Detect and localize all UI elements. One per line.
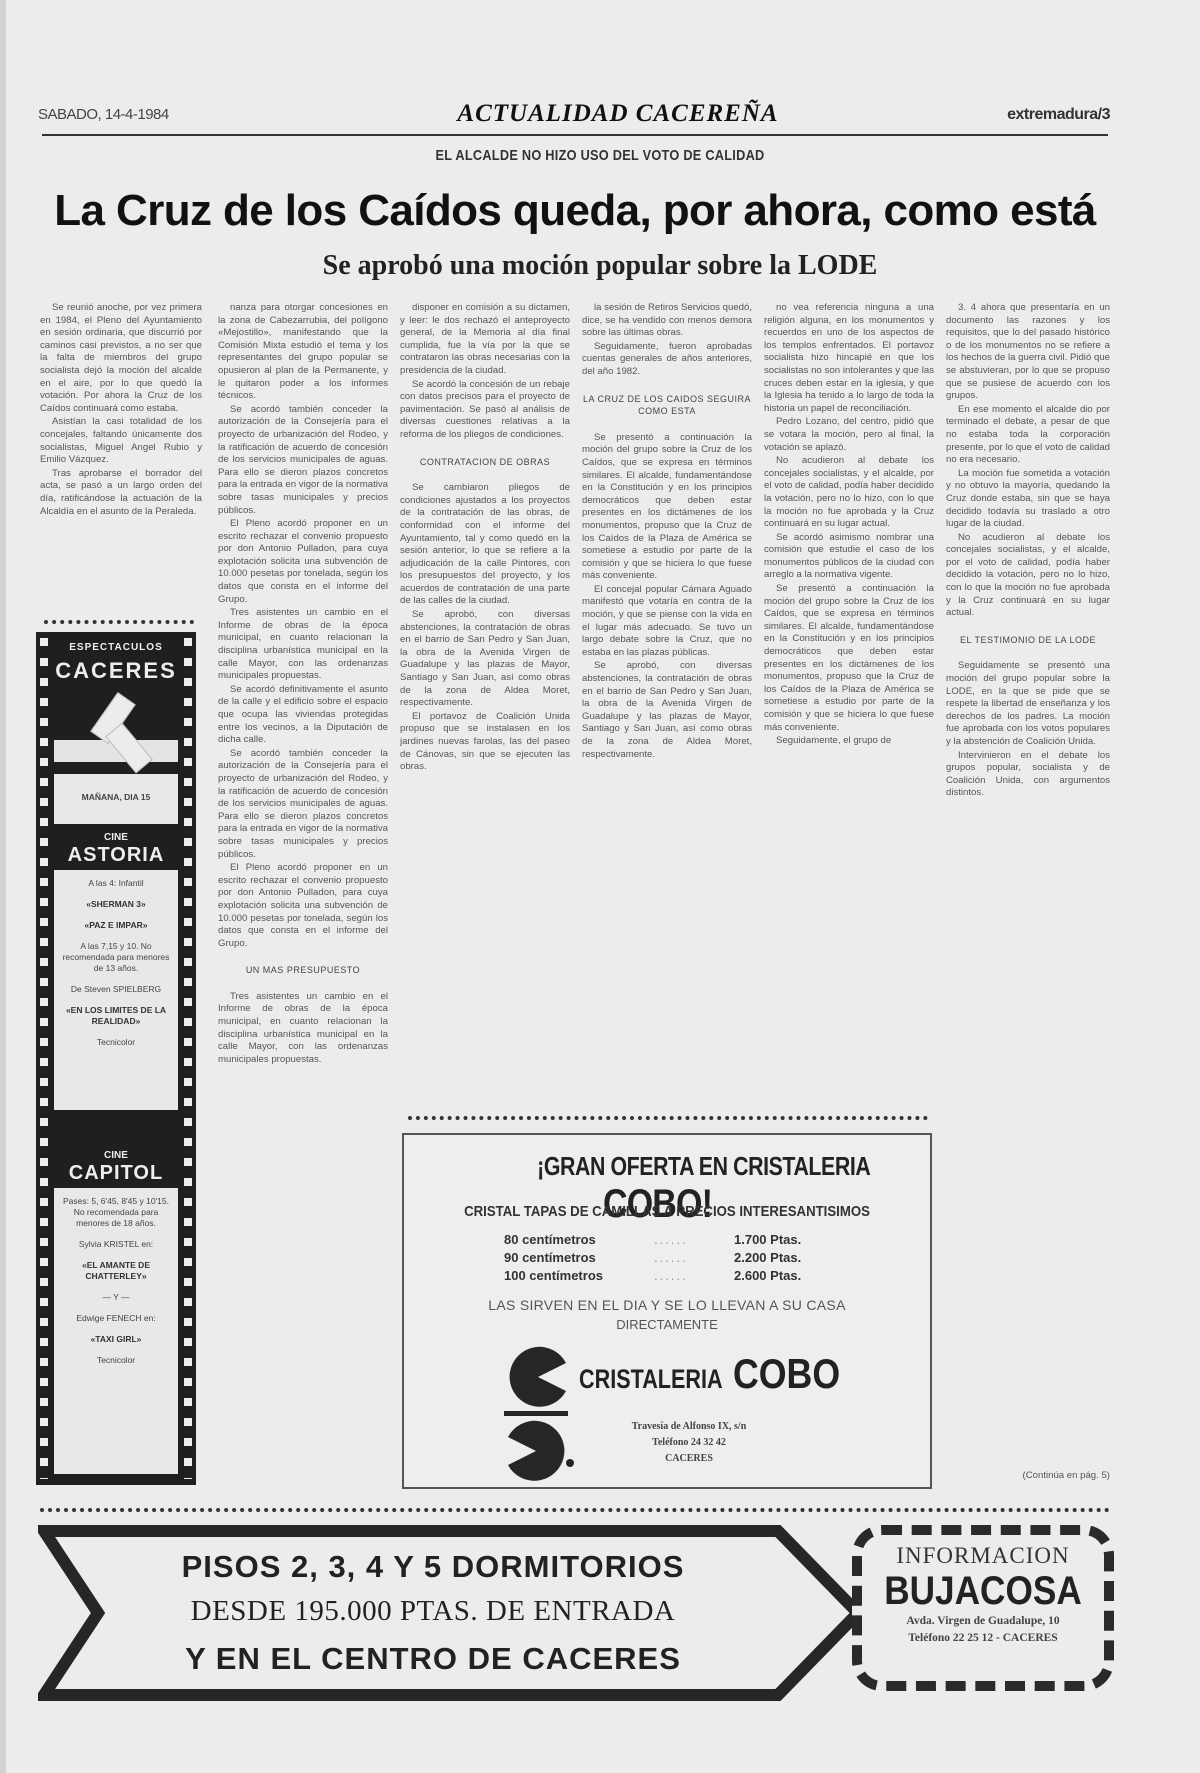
price-row: 100 centímetros......2.600 Ptas. — [504, 1268, 844, 1283]
article-column-2: nanza para otorgar concesiones en la zon… — [218, 302, 388, 1492]
cinema-listings-ad: ESPECTACULOS CACERES MAÑANA, DIA 15 CINE… — [36, 632, 196, 1485]
masthead-rule — [42, 134, 1108, 136]
cristaleria-cobo-ad: ¡GRAN OFERTA EN CRISTALERIA COBO! CRISTA… — [402, 1133, 932, 1489]
paragraph: Se acordó la concesión de un rebaje con … — [400, 379, 570, 442]
paragraph: disponer en comisión a su dictamen, y le… — [400, 302, 570, 378]
issue-date: SABADO, 14-4-1984 — [38, 106, 169, 123]
article-column-3: disponer en comisión a su dictamen, y le… — [400, 302, 570, 1102]
subhead-cruz: LA CRUZ DE LOS CAIDOS SEGUIRA COMO ESTA — [582, 393, 752, 418]
cobo-address-block: Travesía de Alfonso IX, s/n Teléfono 24 … — [574, 1419, 804, 1467]
paragraph: Se aprobó, con diversas abstenciones, la… — [582, 660, 752, 761]
paragraph: no vea referencia ninguna a una religión… — [764, 302, 934, 415]
cinema-name-astoria: ASTORIA — [54, 844, 178, 867]
listing-line: Tecnicolor — [59, 1037, 173, 1048]
cinema-ad-date: MAÑANA, DIA 15 — [54, 774, 178, 824]
article-headline: La Cruz de los Caídos queda, por ahora, … — [30, 186, 1120, 236]
cinema-ad-small-header: ESPECTACULOS — [54, 642, 178, 653]
cobo-service-line: LAS SIRVEN EN EL DIA Y SE LO LLEVAN A SU… — [404, 1297, 930, 1313]
price-row: 90 centímetros......2.200 Ptas. — [504, 1250, 844, 1265]
bujacosa-info-ad: INFORMACION BUJACOSA Avda. Virgen de Gua… — [852, 1525, 1114, 1691]
paragraph: Intervinieron en el debate los grupos po… — [946, 750, 1110, 800]
paragraph: Se presentó a continuación la moción del… — [582, 432, 752, 583]
paragraph: El Pleno acordó proponer en un escrito r… — [218, 862, 388, 950]
paragraph: El portavoz de Coalición Unida propuso q… — [400, 711, 570, 774]
cobo-logo-icon — [504, 1345, 574, 1485]
article-column-4: la sesión de Retiros Servicios quedó, di… — [582, 302, 752, 1102]
pisos-line-2: DESDE 195.000 PTAS. DE ENTRADA — [38, 1595, 828, 1628]
cinema-label: CINE — [54, 832, 178, 843]
listing-line: Pases: 5, 6'45, 8'45 y 10'15. No recomen… — [59, 1196, 173, 1229]
listing-line: Tecnicolor — [59, 1355, 173, 1366]
film-title: «TAXI GIRL» — [91, 1334, 142, 1344]
newspaper-page: SABADO, 14-4-1984 ACTUALIDAD CACEREÑA ex… — [0, 0, 1200, 1773]
cinema-logo-icon — [54, 694, 178, 764]
film-title: «PAZ E IMPAR» — [85, 920, 148, 930]
film-title: «SHERMAN 3» — [86, 899, 146, 909]
film-perforations-icon — [184, 638, 192, 1479]
paragraph: En ese momento el alcalde dio por termin… — [946, 404, 1110, 467]
subhead-testimonio: EL TESTIMONIO DE LA LODE — [946, 634, 1110, 647]
bujacosa-line-1: INFORMACION — [862, 1543, 1104, 1569]
listing-line: — Y — — [59, 1292, 173, 1303]
section-title: ACTUALIDAD CACEREÑA — [408, 100, 828, 128]
pisos-line-3: Y EN EL CENTRO DE CACERES — [38, 1641, 828, 1677]
subhead-presupuesto: UN MAS PRESUPUESTO — [218, 964, 388, 977]
paragraph: Seguidamente, fueron aprobadas cuentas g… — [582, 341, 752, 379]
article-column-5: no vea referencia ninguna a una religión… — [764, 302, 934, 1102]
article-column-1: Se reunió anoche, por vez primera en 198… — [40, 302, 202, 612]
subhead-contratacion: CONTRATACION DE OBRAS — [400, 456, 570, 469]
cobo-subline: CRISTAL TAPAS DE CAMILLAS A PRECIOS INTE… — [436, 1203, 899, 1220]
cinema-astoria-listing: A las 4: Infantil «SHERMAN 3» «PAZ E IMP… — [54, 870, 178, 1110]
paragraph: Seguidamente, el grupo de — [764, 735, 934, 748]
paragraph: El concejal popular Cámara Aguado manife… — [582, 584, 752, 660]
cinema-capitol-listing: Pases: 5, 6'45, 8'45 y 10'15. No recomen… — [54, 1188, 178, 1474]
paragraph: 3. 4 ahora que presentaría en un documen… — [946, 302, 1110, 403]
cinema-label: CINE — [54, 1150, 178, 1161]
paragraph: Se presentó a continuación la moción del… — [764, 583, 934, 734]
bujacosa-brand: BUJACOSA — [877, 1569, 1090, 1613]
paragraph: Se acordó definitivamente el asunto de l… — [218, 684, 388, 747]
separator-dots — [40, 1508, 1110, 1512]
paragraph: nanza para otorgar concesiones en la zon… — [218, 302, 388, 403]
cobo-brand: CRISTALERIA COBO — [579, 1350, 859, 1398]
paragraph: Se acordó asimismo nombrar una comisión … — [764, 532, 934, 582]
listing-line: A las 7,15 y 10. No recomendada para men… — [59, 941, 173, 974]
pisos-real-estate-ad: PISOS 2, 3, 4 Y 5 DORMITORIOS DESDE 195.… — [38, 1525, 868, 1701]
paragraph: Tres asistentes un cambio en el Informe … — [218, 991, 388, 1067]
paragraph: Seguidamente se presentó una moción del … — [946, 660, 1110, 748]
separator-dots — [408, 1116, 928, 1120]
article-column-6: 3. 4 ahora que presentaría en un documen… — [946, 302, 1110, 1462]
paragraph: Se cambiaron pliegos de condiciones ajus… — [400, 482, 570, 608]
paragraph: Tres asistentes un cambio en el Informe … — [218, 607, 388, 683]
bujacosa-phone-city: Teléfono 22 25 12 - CACERES — [862, 1630, 1104, 1647]
cobo-city: CACERES — [574, 1451, 804, 1467]
paragraph: No acudieron al debate los concejales so… — [764, 455, 934, 531]
film-title: «EN LOS LIMITES DE LA REALIDAD» — [66, 1005, 166, 1026]
film-title: «EL AMANTE DE CHATTERLEY» — [82, 1260, 150, 1281]
film-perforations-icon — [40, 638, 48, 1479]
paragraph: Asistían la casi totalidad de los concej… — [40, 416, 202, 466]
masthead: SABADO, 14-4-1984 ACTUALIDAD CACEREÑA ex… — [38, 100, 1110, 136]
paragraph: la sesión de Retiros Servicios quedó, di… — [582, 302, 752, 340]
cobo-service-line-2: DIRECTAMENTE — [404, 1317, 930, 1332]
listing-line: Sylvia KRISTEL en: — [59, 1239, 173, 1250]
paper-name-page: extremadura/3 — [1007, 106, 1110, 124]
listing-line: Edwige FENECH en: — [59, 1313, 173, 1324]
paragraph: El Pleno acordó proponer en un escrito r… — [218, 518, 388, 606]
continued-text: (Continúa en pág. 5) — [1023, 1470, 1110, 1481]
cinema-name-capitol: CAPITOL — [54, 1162, 178, 1185]
cobo-address: Travesía de Alfonso IX, s/n — [574, 1419, 804, 1435]
listing-line: A las 4: Infantil — [59, 878, 173, 889]
cinema-ad-city: CACERES — [54, 658, 178, 684]
paragraph: Tras aprobarse el borrador del acta, se … — [40, 468, 202, 518]
price-row: 80 centímetros......1.700 Ptas. — [504, 1232, 844, 1247]
paragraph: Se acordó también conceder la autorizaci… — [218, 404, 388, 517]
cobo-phone: Teléfono 24 32 42 — [574, 1435, 804, 1451]
paragraph: La moción fue sometida a votación y no o… — [946, 468, 1110, 531]
separator-dots — [44, 620, 194, 624]
listing-line: De Steven SPIELBERG — [59, 984, 173, 995]
bujacosa-address: Avda. Virgen de Guadalupe, 10 — [862, 1613, 1104, 1630]
paragraph: Se aprobó, con diversas abstenciones, la… — [400, 609, 570, 710]
paragraph: Se reunió anoche, por vez primera en 198… — [40, 302, 202, 415]
pisos-line-1: PISOS 2, 3, 4 Y 5 DORMITORIOS — [38, 1549, 828, 1585]
article-subheadline: Se aprobó una moción popular sobre la LO… — [0, 250, 1200, 282]
paragraph: Se acordó también conceder la autorizaci… — [218, 748, 388, 861]
continued-note: (Continúa en pág. 5) — [990, 1470, 1110, 1486]
paragraph: Pedro Lozano, del centro, pidió que se v… — [764, 416, 934, 454]
paragraph: No acudieron al debate los concejales so… — [946, 532, 1110, 620]
article-kicker: EL ALCALDE NO HIZO USO DEL VOTO DE CALID… — [90, 147, 1110, 164]
